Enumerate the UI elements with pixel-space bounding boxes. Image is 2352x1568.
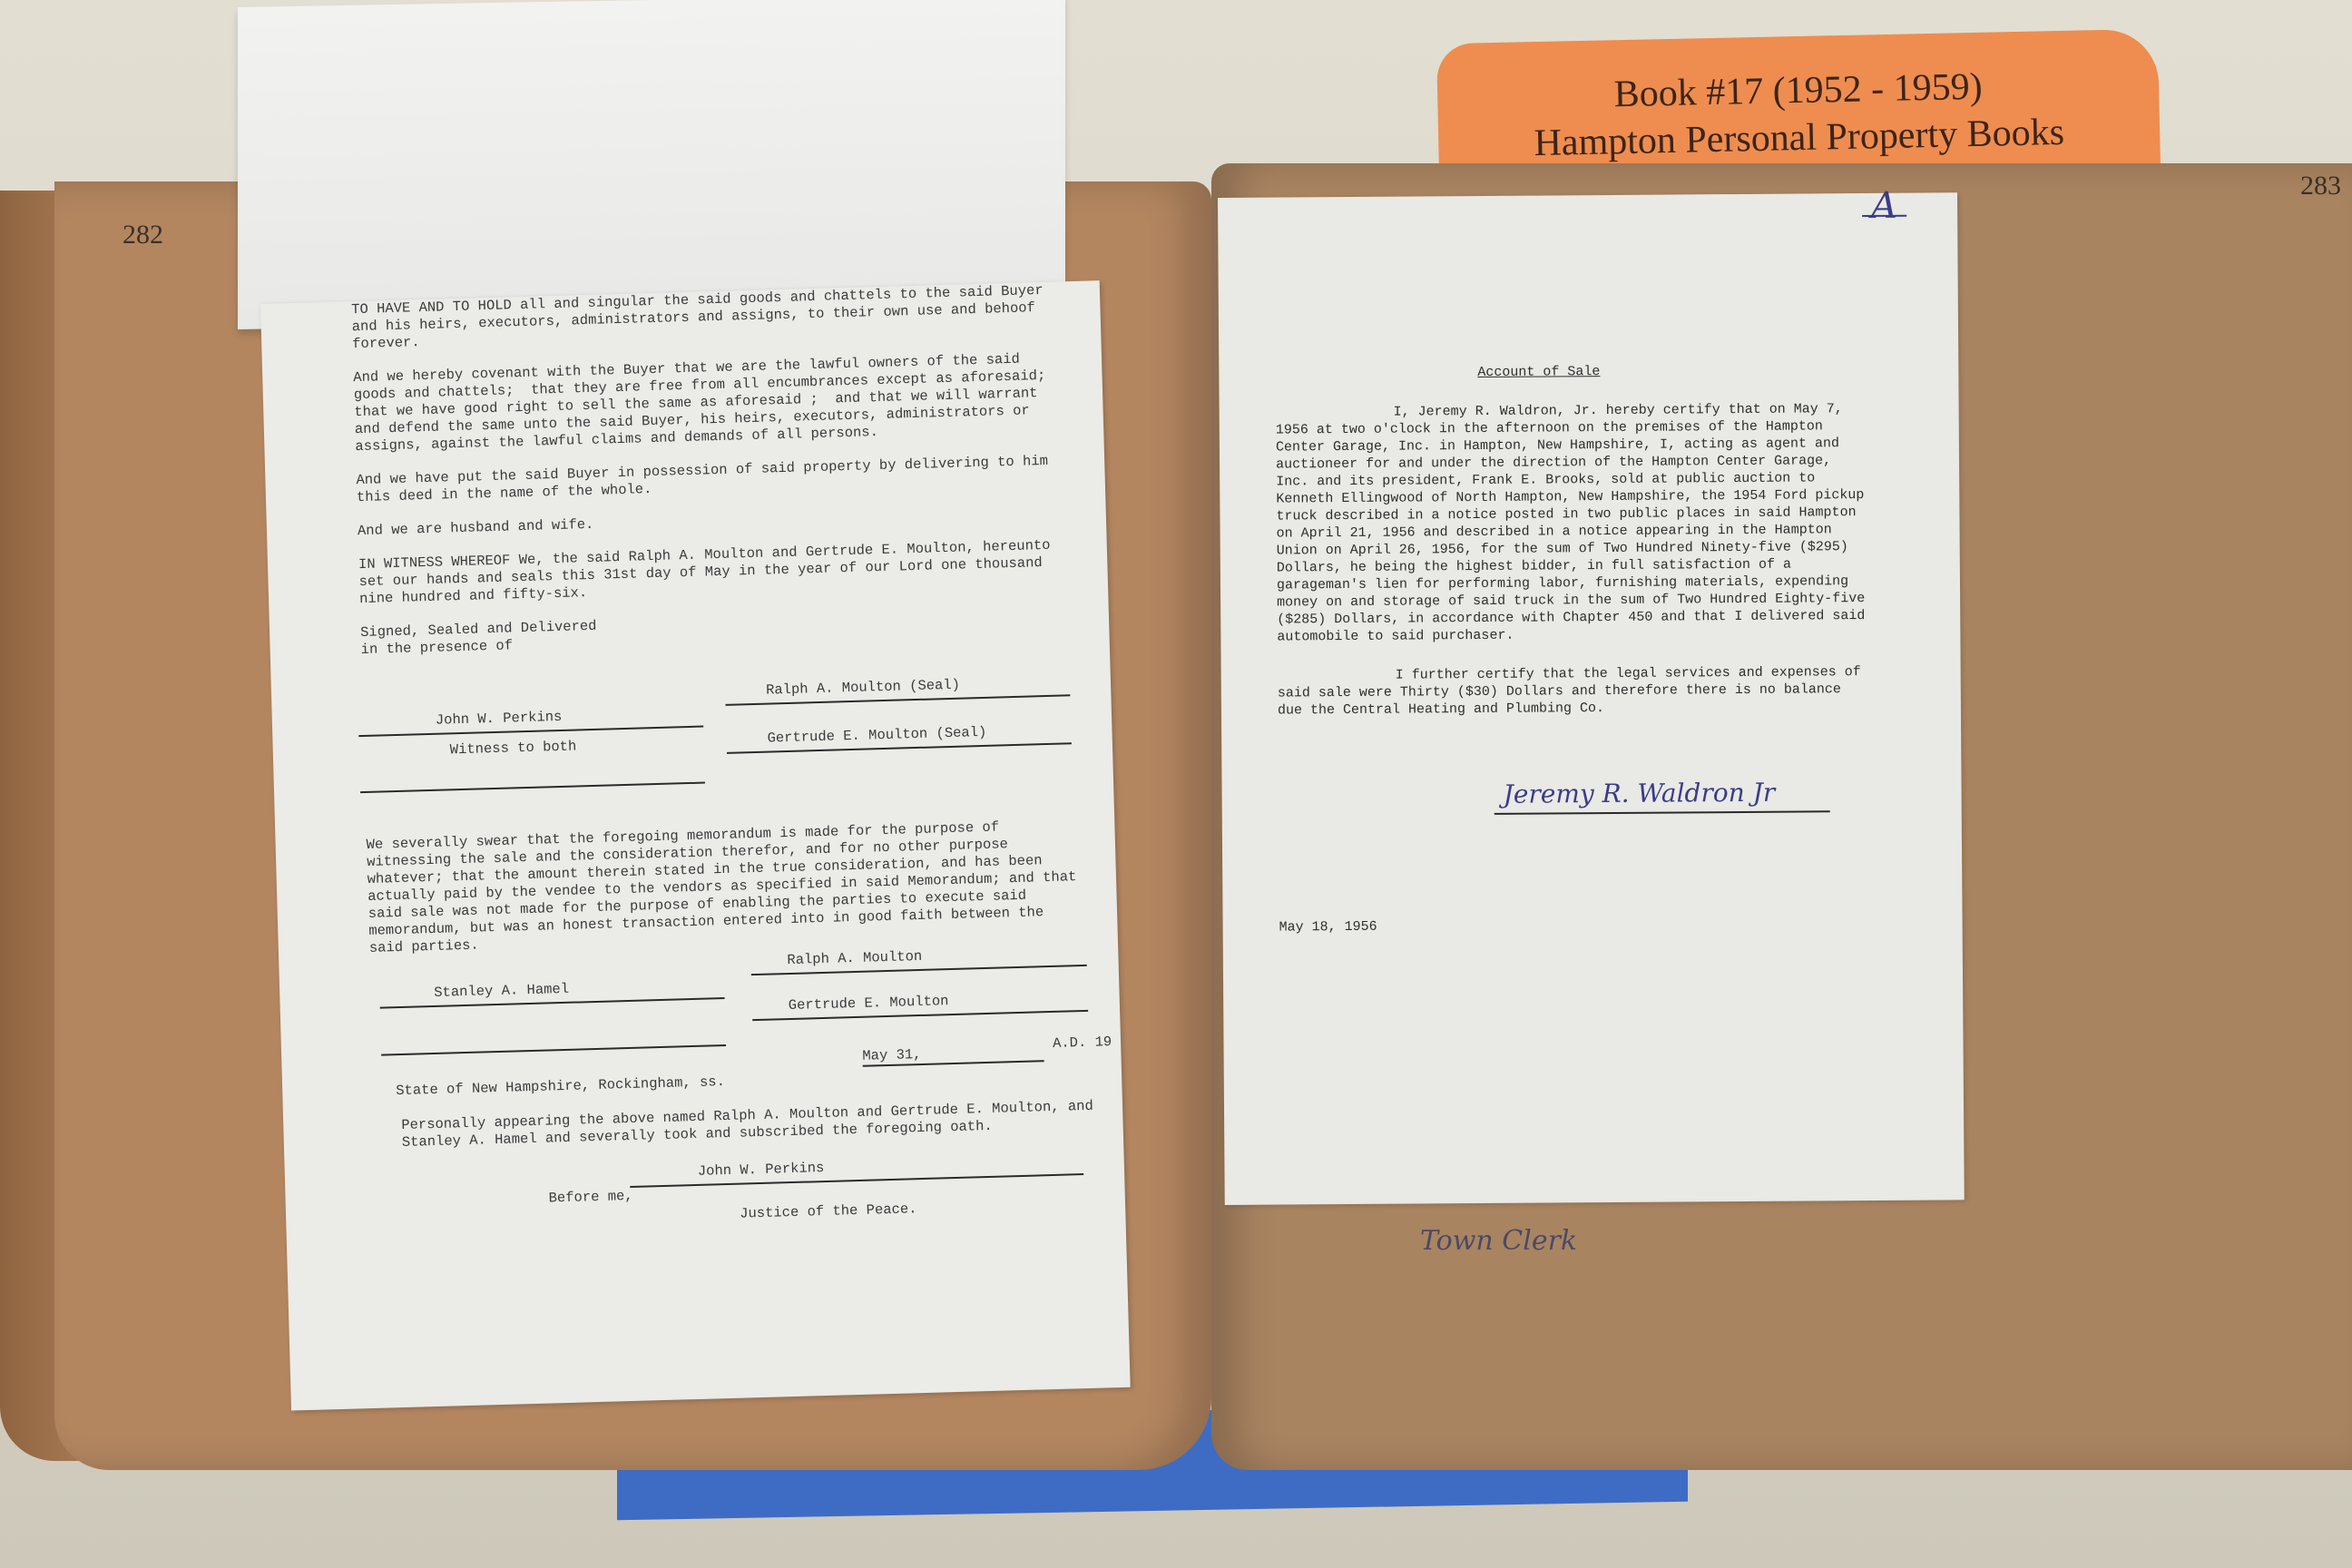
account-body-2: I further certify that the legal service… bbox=[1278, 663, 1867, 720]
justice-name: John W. Perkins bbox=[698, 1160, 825, 1181]
account-date: May 18, 1956 bbox=[1279, 918, 1377, 936]
deed-paragraph: And we hereby covenant with the Buyer th… bbox=[353, 349, 1063, 456]
auctioneer-signature-line bbox=[1494, 810, 1830, 815]
corner-mark-a: A bbox=[1862, 198, 1906, 217]
deed-paragraph: IN WITNESS WHEREOF We, the said Ralph A.… bbox=[358, 536, 1067, 608]
before-me-label: Before me, bbox=[548, 1188, 633, 1208]
account-of-sale-document: A Account of Sale I, Jeremy R. Waldron, … bbox=[1218, 192, 1965, 1205]
venue-ad: A.D. 19 bbox=[1053, 1034, 1112, 1053]
oath-sig2-name: Gertrude E. Moulton bbox=[789, 993, 949, 1014]
oath-witness-line bbox=[380, 997, 725, 1009]
blank-signature-line bbox=[360, 782, 705, 794]
oath-paragraph: We severally swear that the foregoing me… bbox=[366, 817, 1085, 957]
seller1-name: Ralph A. Moulton (Seal) bbox=[766, 677, 960, 700]
justice-title: Justice of the Peace. bbox=[740, 1200, 917, 1222]
account-body-1: I, Jeremy R. Waldron, Jr. hereby certify… bbox=[1276, 400, 1867, 646]
appearance-paragraph: Personally appearing the above named Ral… bbox=[401, 1098, 1101, 1151]
oath-blank-line bbox=[381, 1044, 726, 1056]
account-title: Account of Sale bbox=[1477, 363, 1600, 381]
deed-paragraph: And we are husband and wife. bbox=[358, 503, 1065, 540]
oath-witness-name: Stanley A. Hamel bbox=[434, 981, 569, 1002]
folded-paper-flap bbox=[238, 0, 1065, 329]
town-clerk-note: Town Clerk bbox=[1420, 1225, 1577, 1257]
witness-signature-line bbox=[358, 726, 703, 738]
page-number-left: 282 bbox=[122, 220, 163, 250]
deed-paragraph: And we have put the said Buyer in posses… bbox=[356, 452, 1064, 506]
venue-text: State of New Hampshire, Rockingham, ss. bbox=[396, 1073, 725, 1100]
page-number-right: 283 bbox=[2300, 171, 2341, 201]
auctioneer-signature: Jeremy R. Waldron Jr bbox=[1504, 784, 1776, 803]
witness-caption: Witness to both bbox=[450, 738, 577, 759]
venue-date: May 31, bbox=[862, 1043, 1044, 1067]
oath-sig1-name: Ralph A. Moulton bbox=[787, 948, 922, 969]
witness-name: John W. Perkins bbox=[436, 709, 563, 730]
bill-of-sale-deed: TO HAVE AND TO HOLD all and singular the… bbox=[260, 280, 1131, 1410]
seller2-name: Gertrude E. Moulton (Seal) bbox=[767, 724, 986, 748]
